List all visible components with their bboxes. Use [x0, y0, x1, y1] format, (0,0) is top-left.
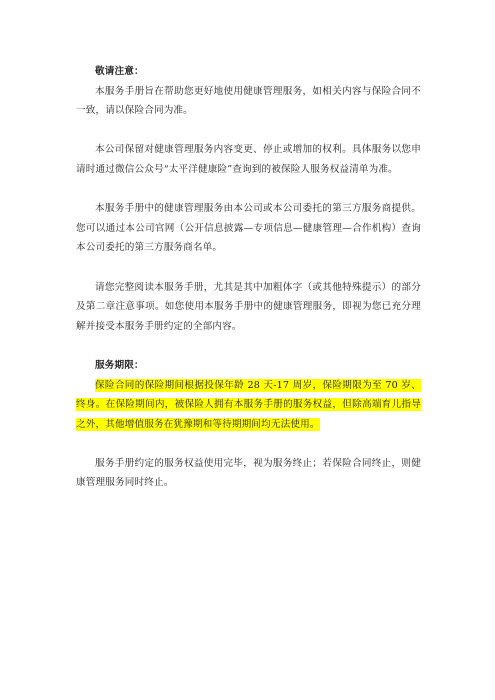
- notice-heading: 敬请注意：: [76, 62, 421, 82]
- termination-paragraph: 服务手册约定的服务权益使用完毕，视为服务终止；若保险合同终止，则健康管理服务同时…: [76, 454, 421, 493]
- notice-paragraph-3: 本服务手册中的健康管理服务由本公司或本公司委托的第三方服务商提供。您可以通过本公…: [76, 199, 421, 258]
- notice-paragraph-4: 请您完整阅读本服务手册，尤其是其中加粗体字（或其他特殊提示）的部分及第二章注意事…: [76, 278, 421, 337]
- notice-paragraph-1: 本服务手册旨在帮助您更好地使用健康管理服务，如相关内容与保险合同不一致，请以保险…: [76, 82, 421, 121]
- notice-paragraph-2: 本公司保留对健康管理服务内容变更、停止或增加的权利。具体服务以您申请时通过微信公…: [76, 140, 421, 179]
- paragraph-gap: [76, 434, 421, 454]
- paragraph-gap: [76, 258, 421, 278]
- highlighted-text: 保险合同的保险期间根据投保年龄 28 天-17 周岁，保险期限为至 70 岁、终…: [76, 379, 421, 431]
- document-page: 敬请注意： 本服务手册旨在帮助您更好地使用健康管理服务，如相关内容与保险合同不一…: [76, 62, 421, 493]
- service-period-paragraph: 保险合同的保险期间根据投保年龄 28 天-17 周岁，保险期限为至 70 岁、终…: [76, 376, 421, 435]
- service-period-heading: 服务期限：: [76, 356, 421, 376]
- paragraph-gap: [76, 180, 421, 200]
- paragraph-gap: [76, 336, 421, 356]
- paragraph-gap: [76, 121, 421, 141]
